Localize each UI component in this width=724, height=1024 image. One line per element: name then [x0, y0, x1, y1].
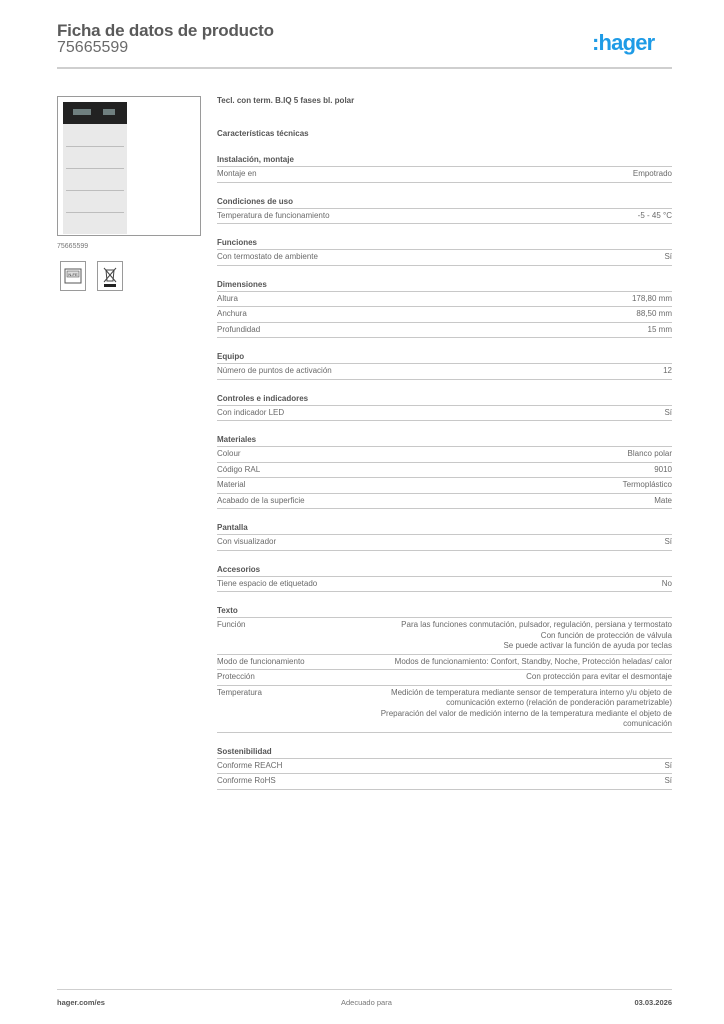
spec-value-line: Sí [664, 408, 672, 419]
section-heading: Controles e indicadores [217, 393, 672, 406]
spec-value-line: Sí [664, 776, 672, 787]
spec-value: Con protección para evitar el desmontaje [526, 672, 672, 683]
spec-label: Con indicador LED [217, 408, 284, 419]
product-number: 75665599 [57, 39, 128, 57]
spec-value-line: Sí [664, 761, 672, 772]
spec-value-line: Con función de protección de válvula [342, 631, 672, 642]
spec-section: FuncionesCon termostato de ambienteSí [217, 237, 672, 266]
spec-value-line: -5 - 45 °C [638, 211, 672, 222]
spec-section: Controles e indicadoresCon indicador LED… [217, 393, 672, 422]
spec-value-line: Sí [664, 252, 672, 263]
spec-value: Sí [664, 537, 672, 548]
device-illustration [63, 102, 127, 234]
spec-row: Con termostato de ambienteSí [217, 250, 672, 266]
hager-logo: :hager [592, 30, 654, 56]
spec-row: FunciónPara las funciones conmutación, p… [217, 618, 672, 655]
spec-value-line: Medición de temperatura mediante sensor … [342, 688, 672, 709]
section-heading: Instalación, montaje [217, 154, 672, 167]
spec-row: Con indicador LEDSí [217, 406, 672, 422]
spec-value: Termoplástico [623, 480, 672, 491]
spec-label: Temperatura de funcionamiento [217, 211, 330, 222]
spec-value: 9010 [654, 465, 672, 476]
spec-section: SostenibilidadConforme REACHSíConforme R… [217, 746, 672, 790]
nfc-marking-icon: N-FE [60, 261, 86, 291]
section-heading: Accesorios [217, 564, 672, 577]
footer-divider [57, 989, 672, 990]
spec-row: Conforme REACHSí [217, 759, 672, 775]
spec-value-line: Se puede activar la función de ayuda por… [342, 641, 672, 652]
spec-row: Montaje enEmpotrado [217, 167, 672, 183]
device-display [63, 102, 127, 124]
spec-label: Código RAL [217, 465, 260, 476]
spec-row: TemperaturaMedición de temperatura media… [217, 686, 672, 733]
spec-value-line: 12 [663, 366, 672, 377]
spec-label: Protección [217, 672, 255, 683]
image-caption: 75665599 [57, 243, 88, 250]
spec-label: Número de puntos de activación [217, 366, 332, 377]
spec-value: 178,80 mm [632, 294, 672, 305]
spec-value: Blanco polar [628, 449, 672, 460]
spec-value-line: Sí [664, 537, 672, 548]
spec-value: Sí [664, 776, 672, 787]
spec-label: Modo de funcionamiento [217, 657, 305, 668]
spec-section: MaterialesColourBlanco polarCódigo RAL90… [217, 434, 672, 509]
spec-content: Tecl. con term. B.IQ 5 fases bl. polar C… [217, 96, 672, 790]
weee-crossed-bin-icon [97, 261, 123, 291]
spec-value: 88,50 mm [636, 309, 672, 320]
spec-label: Montaje en [217, 169, 257, 180]
spec-label: Colour [217, 449, 241, 460]
section-heading: Funciones [217, 237, 672, 250]
spec-row: Tiene espacio de etiquetadoNo [217, 577, 672, 593]
footer-website[interactable]: hager.com/es [57, 998, 105, 1007]
spec-section: EquipoNúmero de puntos de activación12 [217, 351, 672, 380]
product-image [57, 96, 201, 236]
spec-row: Acabado de la superficieMate [217, 494, 672, 510]
spec-row: Con visualizadorSí [217, 535, 672, 551]
spec-value: Medición de temperatura mediante sensor … [342, 688, 672, 730]
spec-label: Con termostato de ambiente [217, 252, 318, 263]
section-heading: Dimensiones [217, 279, 672, 292]
spec-row: ProtecciónCon protección para evitar el … [217, 670, 672, 686]
footer-suitable-for: Adecuado para [341, 998, 392, 1007]
spec-value-line: Preparación del valor de medición intern… [342, 709, 672, 730]
spec-row: MaterialTermoplástico [217, 478, 672, 494]
spec-row: Modo de funcionamientoModos de funcionam… [217, 655, 672, 671]
spec-section: AccesoriosTiene espacio de etiquetadoNo [217, 564, 672, 593]
product-name: Tecl. con term. B.IQ 5 fases bl. polar [217, 96, 672, 109]
spec-label: Con visualizador [217, 537, 276, 548]
spec-value: Modos de funcionamiento: Confort, Standb… [342, 657, 672, 668]
spec-row: Conforme RoHSSí [217, 774, 672, 790]
header-divider [57, 67, 672, 69]
spec-value: Sí [664, 761, 672, 772]
spec-label: Material [217, 480, 245, 491]
spec-value: Mate [654, 496, 672, 507]
spec-section: Condiciones de usoTemperatura de funcion… [217, 196, 672, 225]
spec-row: Altura178,80 mm [217, 292, 672, 308]
spec-row: Código RAL9010 [217, 463, 672, 479]
section-heading: Condiciones de uso [217, 196, 672, 209]
spec-value: 15 mm [648, 325, 672, 336]
spec-value-line: 88,50 mm [636, 309, 672, 320]
section-heading: Materiales [217, 434, 672, 447]
spec-value: No [662, 579, 672, 590]
spec-label: Anchura [217, 309, 247, 320]
spec-value-line: Para las funciones conmutación, pulsador… [342, 620, 672, 631]
spec-label: Profundidad [217, 325, 260, 336]
spec-value-line: 9010 [654, 465, 672, 476]
spec-label: Función [217, 620, 245, 652]
spec-value-line: Con protección para evitar el desmontaje [526, 672, 672, 683]
spec-sections: Instalación, montajeMontaje enEmpotradoC… [217, 154, 672, 790]
spec-value-line: Mate [654, 496, 672, 507]
spec-label: Temperatura [217, 688, 262, 730]
page-title: Ficha de datos de producto [57, 21, 274, 41]
spec-value: Para las funciones conmutación, pulsador… [342, 620, 672, 652]
specs-title: Características técnicas [217, 129, 672, 142]
spec-row: Anchura88,50 mm [217, 307, 672, 323]
spec-value-line: 178,80 mm [632, 294, 672, 305]
spec-row: ColourBlanco polar [217, 447, 672, 463]
spec-value-line: No [662, 579, 672, 590]
spec-section: DimensionesAltura178,80 mmAnchura88,50 m… [217, 279, 672, 339]
svg-text:N-FE: N-FE [68, 272, 78, 277]
section-heading: Sostenibilidad [217, 746, 672, 759]
section-heading: Texto [217, 605, 672, 618]
section-heading: Equipo [217, 351, 672, 364]
spec-value: Sí [664, 408, 672, 419]
spec-row: Temperatura de funcionamiento-5 - 45 °C [217, 209, 672, 225]
spec-value: Sí [664, 252, 672, 263]
spec-value-line: Empotrado [633, 169, 672, 180]
spec-value-line: 15 mm [648, 325, 672, 336]
spec-row: Profundidad15 mm [217, 323, 672, 339]
spec-label: Conforme RoHS [217, 776, 276, 787]
spec-row: Número de puntos de activación12 [217, 364, 672, 380]
spec-label: Conforme REACH [217, 761, 282, 772]
spec-label: Acabado de la superficie [217, 496, 305, 507]
spec-value-line: Modos de funcionamiento: Confort, Standb… [342, 657, 672, 668]
footer-date: 03.03.2026 [634, 998, 672, 1007]
spec-value-line: Termoplástico [623, 480, 672, 491]
spec-section: TextoFunciónPara las funciones conmutaci… [217, 605, 672, 733]
spec-value-line: Blanco polar [628, 449, 672, 460]
spec-label: Altura [217, 294, 238, 305]
spec-value: 12 [663, 366, 672, 377]
spec-section: PantallaCon visualizadorSí [217, 522, 672, 551]
spec-section: Instalación, montajeMontaje enEmpotrado [217, 154, 672, 183]
spec-label: Tiene espacio de etiquetado [217, 579, 317, 590]
spec-value: -5 - 45 °C [638, 211, 672, 222]
spec-value: Empotrado [633, 169, 672, 180]
section-heading: Pantalla [217, 522, 672, 535]
